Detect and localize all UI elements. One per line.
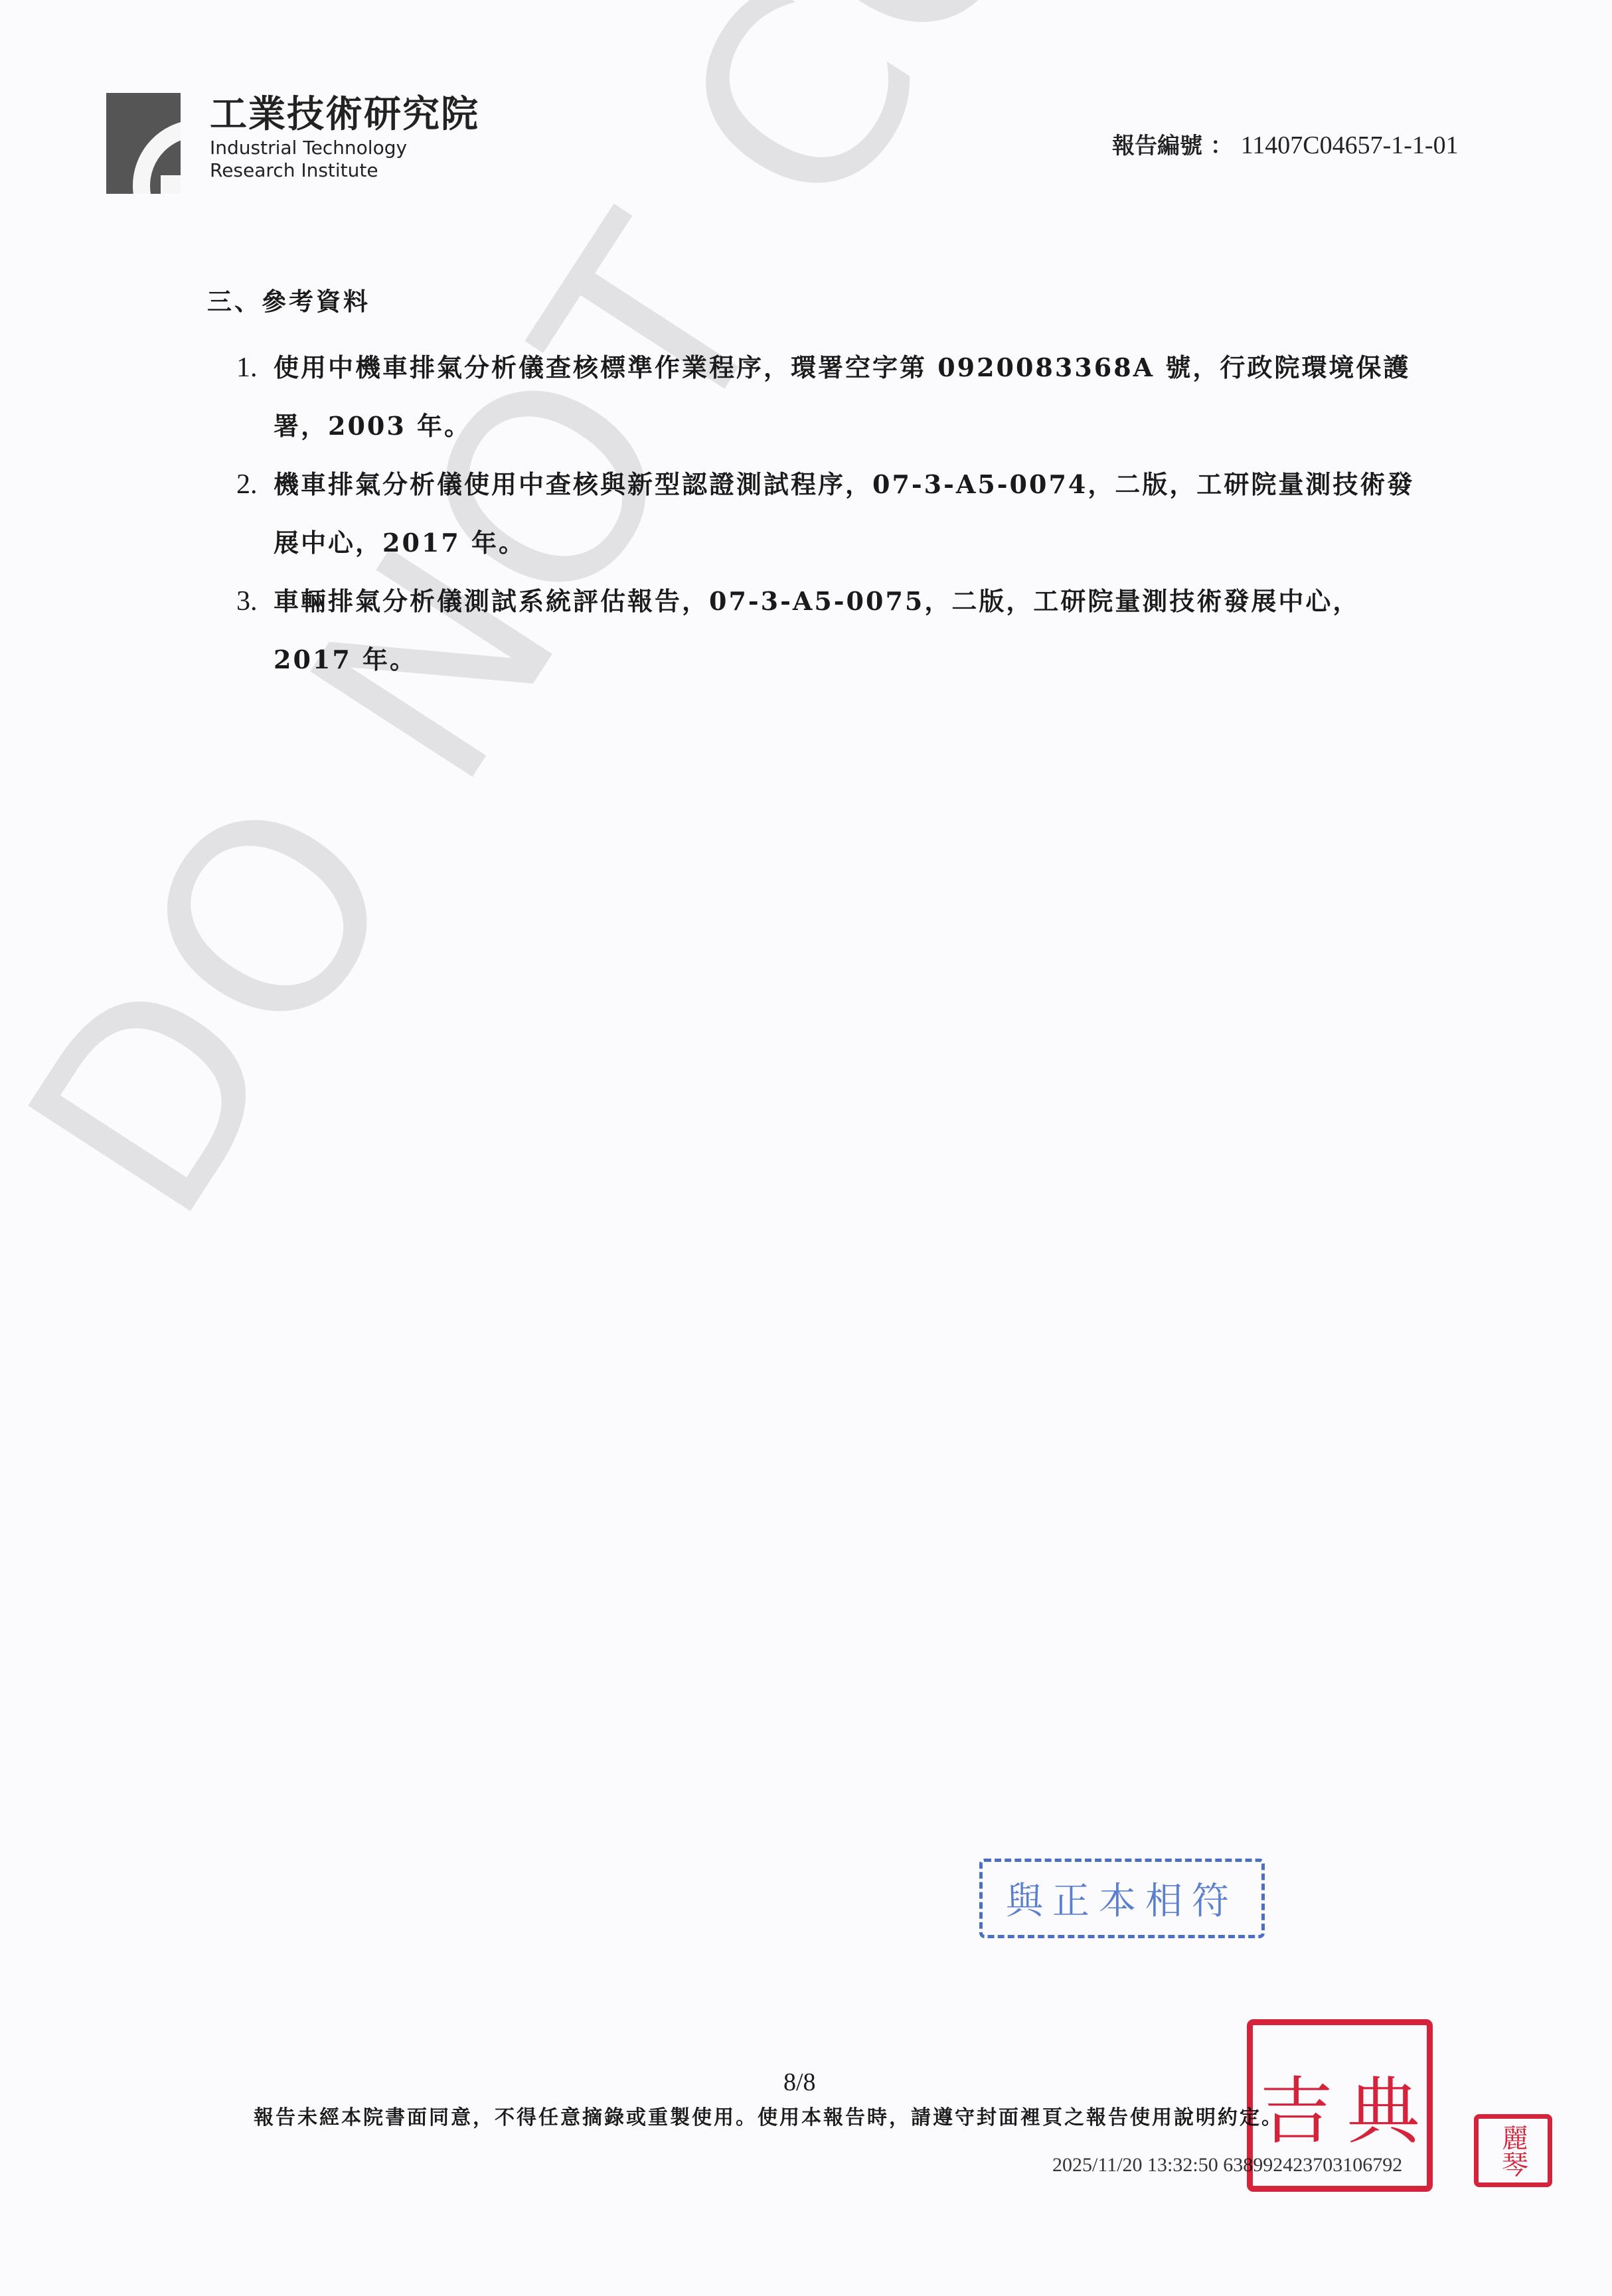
personal-seal: 麗琴 <box>1474 2114 1552 2187</box>
footer-disclaimer: 報告未經本院書面同意，不得任意摘錄或重製使用。使用本報告時，請遵守封面裡頁之報告… <box>254 2101 1283 2130</box>
logo-mark-icon <box>106 93 181 194</box>
itri-logo: 工業技術研究院 Industrial Technology Research I… <box>106 93 479 194</box>
reference-index: 3. <box>236 572 274 689</box>
logo-name-en-2: Research Institute <box>210 159 479 182</box>
logo-name-en-1: Industrial Technology <box>210 137 479 159</box>
seal-char: 吉 <box>1260 2053 1333 2158</box>
seal-char: 典 <box>1347 2053 1420 2158</box>
reference-text: 機車排氣分析儀使用中查核與新型認證測試程序，07-3-A5-0074，二版，工研… <box>274 455 1415 572</box>
official-seal-large: 吉 典 <box>1247 2019 1433 2192</box>
reference-item: 3. 車輛排氣分析儀測試系統評估報告，07-3-A5-0075，二版，工研院量測… <box>236 572 1431 689</box>
reference-text: 車輛排氣分析儀測試系統評估報告，07-3-A5-0075，二版，工研院量測技術發… <box>274 572 1415 689</box>
section-title: 三、參考資料 <box>207 281 370 317</box>
logo-name-zh: 工業技術研究院 <box>210 93 479 137</box>
report-number-value: 11407C04657-1-1-01 <box>1241 131 1459 159</box>
reference-item: 2. 機車排氣分析儀使用中查核與新型認證測試程序，07-3-A5-0074，二版… <box>236 455 1431 572</box>
reference-list: 1. 使用中機車排氣分析儀查核標準作業程序，環署空字第 0920083368A … <box>236 339 1431 689</box>
reference-text: 使用中機車排氣分析儀查核標準作業程序，環署空字第 0920083368A 號，行… <box>274 339 1415 455</box>
reference-index: 2. <box>236 455 274 572</box>
report-number: 報告編號 ： 11407C04657-1-1-01 <box>1112 127 1459 160</box>
page-number: 8/8 <box>783 2068 816 2097</box>
report-number-label: 報告編號 ： <box>1112 133 1233 159</box>
reference-item: 1. 使用中機車排氣分析儀查核標準作業程序，環署空字第 0920083368A … <box>236 339 1431 455</box>
reference-index: 1. <box>236 339 274 455</box>
certified-copy-stamp: 與正本相符 <box>979 1859 1265 1938</box>
